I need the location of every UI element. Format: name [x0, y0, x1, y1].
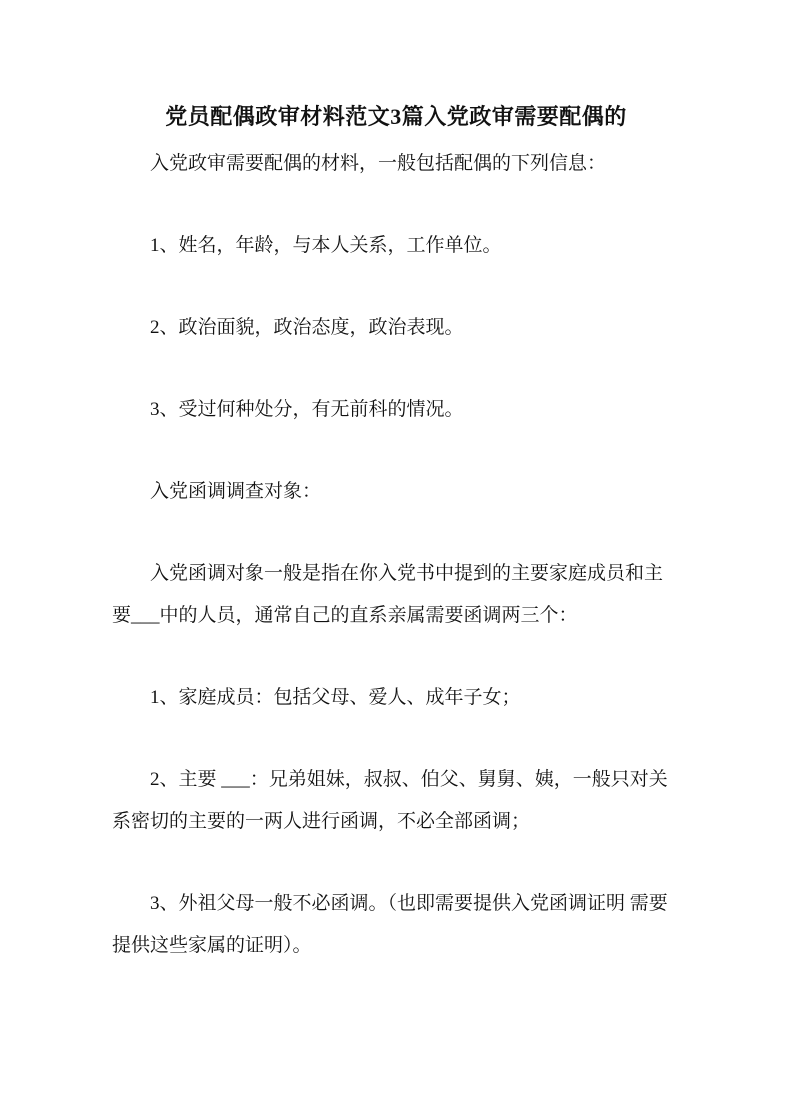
list-item-survey-1: 1、家庭成员：包括父母、爱人、成年子女； [112, 677, 680, 719]
paragraph-intro: 入党政审需要配偶的材料，一般包括配偶的下列信息： [112, 143, 680, 185]
paragraph-survey-heading: 入党函调调查对象： [112, 471, 680, 513]
document-title: 党员配偶政审材料范文3篇入党政审需要配偶的 [112, 96, 680, 138]
list-item-survey-3: 3、外祖父母一般不必函调。（也即需要提供入党函调证明 需要提供这些家属的证明）。 [112, 883, 680, 967]
list-item-spouse-info-2: 2、政治面貌，政治态度，政治表现。 [112, 307, 680, 349]
list-item-survey-2: 2、主要 ___：兄弟姐妹，叔叔、伯父、舅舅、姨，一般只对关系密切的主要的一两人… [112, 759, 680, 843]
list-item-spouse-info-3: 3、受过何种处分，有无前科的情况。 [112, 389, 680, 431]
paragraph-survey-scope: 入党函调对象一般是指在你入党书中提到的主要家庭成员和主要___中的人员，通常自己… [112, 553, 680, 637]
document-page: 党员配偶政审材料范文3篇入党政审需要配偶的 入党政审需要配偶的材料，一般包括配偶… [0, 0, 792, 1120]
list-item-spouse-info-1: 1、姓名，年龄，与本人关系，工作单位。 [112, 225, 680, 267]
